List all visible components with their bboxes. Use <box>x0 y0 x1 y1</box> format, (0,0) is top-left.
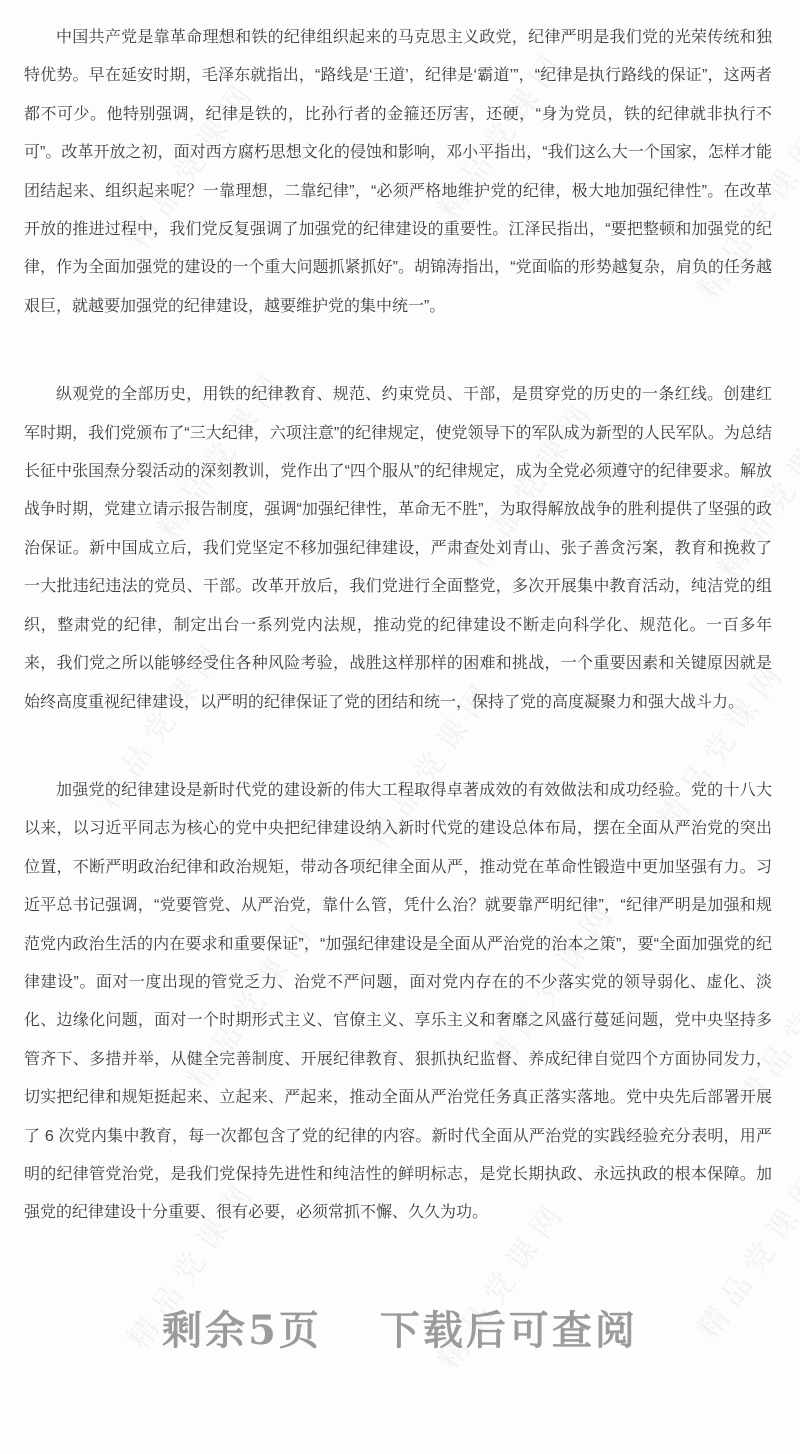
paragraph-1: 中国共产党是靠革命理想和铁的纪律组织起来的马克思主义政党，纪律严明是我们党的光荣… <box>24 19 772 326</box>
download-hint-label: 下载后可查阅 <box>380 1299 638 1356</box>
document-page: 精品党课网 精品党课网 精品党课网 精品党课网 精品党课网 精品党课网 精品党课… <box>0 0 800 1454</box>
document-body: 中国共产党是靠革命理想和铁的纪律组织起来的马克思主义政党，纪律严明是我们党的光荣… <box>0 0 800 1233</box>
paragraph-2: 纵观党的全部历史，用铁的纪律教育、规范、约束党员、干部，是贯穿党的历史的一条红线… <box>24 376 772 722</box>
paragraph-3: 加强党的纪律建设是新时代党的建设新的伟大工程取得卓著成效的有效做法和成功经验。党… <box>24 772 772 1233</box>
pages-remaining-label: 剩余5页 <box>162 1299 322 1356</box>
download-prompt: 剩余5页 下载后可查阅 <box>0 1299 800 1356</box>
